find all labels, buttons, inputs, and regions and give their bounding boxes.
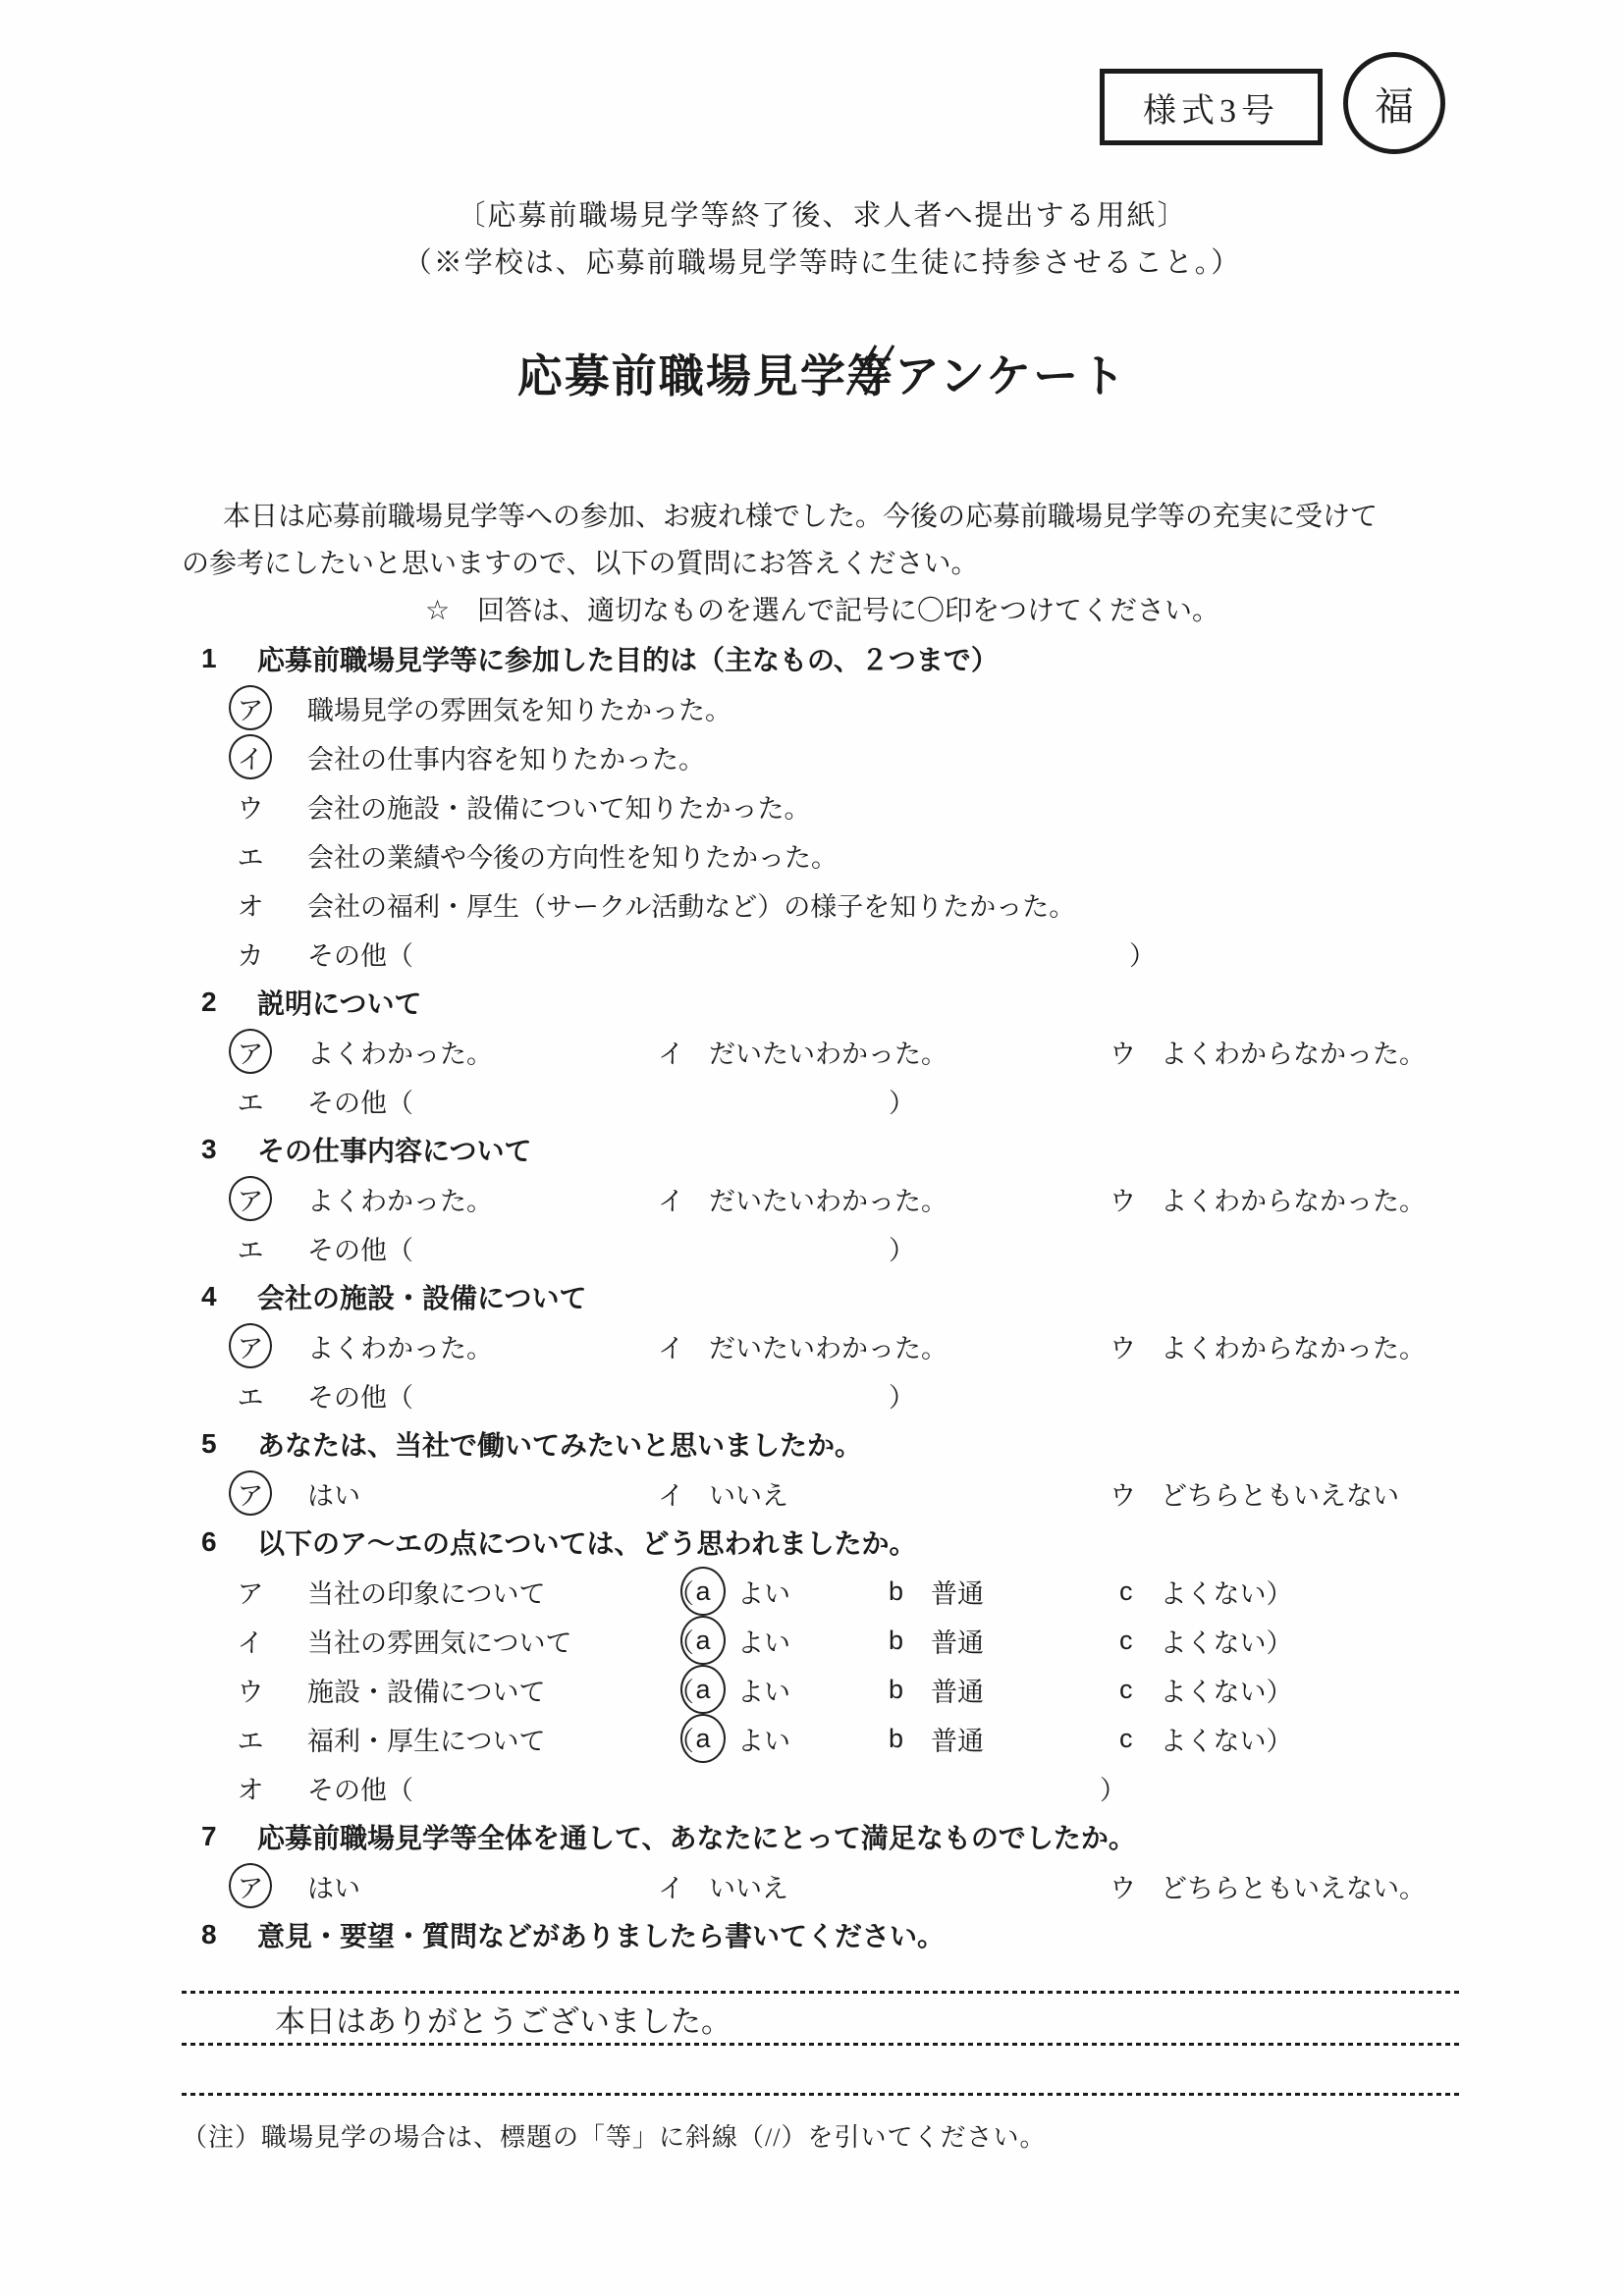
option-text: いいえ — [709, 1474, 788, 1513]
option-text: よくわからなかった。 — [1161, 1327, 1426, 1365]
option-text: 普通 — [931, 1720, 984, 1758]
option-letter: ウ — [1110, 1867, 1136, 1905]
circle-mark: ア — [229, 1863, 272, 1908]
option-text: その他（ — [307, 1082, 413, 1120]
option-text: よくわかった。 — [307, 1180, 493, 1218]
option-text: よくない） — [1161, 1573, 1293, 1611]
option-text: よくわからなかった。 — [1161, 1033, 1426, 1071]
option-letter: エ — [227, 1720, 274, 1758]
thanks-message-row: 本日はありがとうございました。 — [182, 1994, 1463, 2043]
close-paren: ） — [1129, 929, 1156, 978]
option-letter: c — [1119, 1576, 1133, 1607]
question-title: 応募前職場見学等全体を通して、あなたにとって満足なものでしたか。 — [257, 1817, 1136, 1856]
form-code-box: 様式3号 — [1100, 69, 1323, 145]
close-paren: ） — [889, 1370, 915, 1419]
question-title: 会社の施設・設備について — [257, 1277, 586, 1316]
close-paren: ） — [1100, 1763, 1126, 1812]
question-title: 応募前職場見学等に参加した目的は（主なもの、２つまで） — [257, 639, 999, 678]
question-title: 説明について — [257, 983, 421, 1022]
intro-line2: の参考にしたいと思いますので、以下の質問にお答えください。 — [182, 540, 1463, 587]
q6-row-impression: ア 当社の印象について （aよい b普通 cよくない） — [182, 1567, 1463, 1616]
topic-text: 当社の雰囲気について — [307, 1622, 571, 1660]
option-text: その他（ — [307, 1376, 413, 1415]
option-letter: ア — [227, 1573, 274, 1611]
comment-line — [182, 2093, 1463, 2096]
option-letter: ウ — [1110, 1474, 1136, 1513]
option-letter: ウ — [1110, 1180, 1136, 1218]
title-struck-char: 等 — [847, 344, 894, 408]
question-title: 以下のア～エの点については、どう思われましたか。 — [257, 1522, 916, 1562]
q1-option-other: カ その他（ ） — [182, 929, 1463, 978]
option-text: どちらともいえない — [1161, 1474, 1399, 1513]
option-text: はい — [307, 1867, 360, 1905]
option-text: よい — [737, 1573, 790, 1611]
header-note-line2: （※学校は、応募前職場見学等時に生徒に持参させること。） — [182, 240, 1463, 287]
option-letter: イ — [658, 1474, 684, 1513]
close-paren: ） — [889, 1223, 915, 1272]
option-letter: b — [889, 1576, 903, 1607]
circle-mark: ア — [229, 1176, 272, 1221]
circle-mark: ア — [229, 1470, 272, 1516]
option-letter: b — [889, 1675, 903, 1705]
option-letter: ウ — [227, 1671, 274, 1709]
q2-options-row: アよくわかった。 イだいたいわかった。 ウよくわからなかった。 — [182, 1027, 1463, 1076]
header-note-line1: 〔応募前職場見学等終了後、求人者へ提出する用紙〕 — [182, 192, 1463, 240]
question-title: あなたは、当社で働いてみたいと思いましたか。 — [257, 1424, 862, 1464]
fuku-stamp: 福 — [1343, 52, 1445, 154]
form-code-label: 様式3号 — [1143, 83, 1279, 132]
option-text: よくわかった。 — [307, 1327, 493, 1365]
option-text: 普通 — [931, 1573, 984, 1611]
q6-row-facilities: ウ 施設・設備について （aよい b普通 cよくない） — [182, 1665, 1463, 1714]
option-text: どちらともいえない。 — [1161, 1867, 1426, 1905]
option-letter: b — [889, 1626, 903, 1656]
option-letter: c — [1119, 1675, 1133, 1705]
question-number: 3 — [201, 1134, 257, 1165]
option-letter: イ — [658, 1327, 684, 1365]
option-letter: b — [889, 1724, 903, 1754]
question-number: 1 — [201, 643, 257, 674]
q4-option-other: エ その他（ ） — [182, 1370, 1463, 1419]
circle-mark: a — [680, 1616, 726, 1665]
option-text: よくない） — [1161, 1671, 1293, 1709]
option-letter: イ — [227, 1622, 274, 1660]
question-1: 1応募前職場見学等に参加した目的は（主なもの、２つまで） ア 職場見学の雰囲気を… — [182, 634, 1463, 978]
option-text: その他（ — [307, 1769, 413, 1807]
close-paren: ） — [889, 1076, 915, 1125]
circle-mark: イ — [229, 734, 272, 779]
q7-options-row: アはい イいいえ ウどちらともいえない。 — [182, 1861, 1463, 1910]
questionnaire-page: 様式3号 福 〔応募前職場見学等終了後、求人者へ提出する用紙〕 （※学校は、応募… — [0, 0, 1624, 2296]
question-number: 7 — [201, 1821, 257, 1852]
option-letter: ウ — [1110, 1327, 1136, 1365]
option-text: よい — [737, 1622, 790, 1660]
q1-option-o: オ 会社の福利・厚生（サークル活動など）の様子を知りたかった。 — [182, 880, 1463, 929]
circle-mark: ア — [229, 1323, 272, 1368]
footer-note: （注）職場見学の場合は、標題の「等」に斜線（//）を引いてください。 — [182, 2117, 1463, 2154]
circle-mark: a — [680, 1665, 726, 1714]
q4-options-row: アよくわかった。 イだいたいわかった。 ウよくわからなかった。 — [182, 1321, 1463, 1370]
option-text: 会社の福利・厚生（サークル活動など）の様子を知りたかった。 — [307, 885, 1075, 924]
comment-blank-space — [182, 2046, 1463, 2093]
option-text: よくわからなかった。 — [1161, 1180, 1426, 1218]
question-7: 7応募前職場見学等全体を通して、あなたにとって満足なものでしたか。 アはい イい… — [182, 1812, 1463, 1910]
option-letter: ウ — [1110, 1033, 1136, 1071]
option-text: 普通 — [931, 1622, 984, 1660]
q6-row-welfare: エ 福利・厚生について （aよい b普通 cよくない） — [182, 1714, 1463, 1763]
option-letter: エ — [227, 1082, 274, 1120]
option-text: 普通 — [931, 1671, 984, 1709]
circle-mark: ア — [229, 685, 272, 730]
question-3: 3その仕事内容について アよくわかった。 イだいたいわかった。 ウよくわからなか… — [182, 1125, 1463, 1272]
q2-option-other: エ その他（ ） — [182, 1076, 1463, 1125]
q6-row-atmosphere: イ 当社の雰囲気について （aよい b普通 cよくない） — [182, 1616, 1463, 1665]
topic-text: 施設・設備について — [307, 1671, 545, 1709]
thanks-message: 本日はありがとうございました。 — [275, 1997, 731, 2041]
option-text: 職場見学の雰囲気を知りたかった。 — [307, 689, 731, 727]
question-number: 5 — [201, 1428, 257, 1460]
topic-text: 福利・厚生について — [307, 1720, 545, 1758]
option-letter: ウ — [227, 787, 274, 826]
intro-paragraph: 本日は応募前職場見学等への参加、お疲れ様でした。今後の応募前職場見学等の充実に受… — [182, 493, 1463, 634]
option-letter: イ — [658, 1867, 684, 1905]
q6-option-other: オ その他（ ） — [182, 1763, 1463, 1812]
page-title: 応募前職場見学等アンケート — [182, 344, 1463, 408]
option-text: よくない） — [1161, 1720, 1293, 1758]
option-letter: c — [1119, 1626, 1133, 1656]
q1-option-i: イ 会社の仕事内容を知りたかった。 — [182, 732, 1463, 781]
q5-options-row: アはい イいいえ ウどちらともいえない — [182, 1468, 1463, 1518]
option-letter: エ — [227, 1376, 274, 1415]
option-text: その他（ — [307, 934, 413, 973]
option-letter: イ — [658, 1033, 684, 1071]
option-text: 会社の業績や今後の方向性を知りたかった。 — [307, 836, 838, 875]
option-text: いいえ — [709, 1867, 788, 1905]
option-text: よい — [737, 1671, 790, 1709]
topic-text: 当社の印象について — [307, 1573, 545, 1611]
q3-options-row: アよくわかった。 イだいたいわかった。 ウよくわからなかった。 — [182, 1174, 1463, 1223]
option-letter: オ — [227, 885, 274, 924]
option-letter: イ — [658, 1180, 684, 1218]
circle-mark: ア — [229, 1029, 272, 1074]
q3-option-other: エ その他（ ） — [182, 1223, 1463, 1272]
fuku-stamp-label: 福 — [1375, 76, 1414, 132]
option-letter: エ — [227, 1229, 274, 1267]
option-letter: オ — [227, 1769, 274, 1807]
question-title: その仕事内容について — [257, 1130, 531, 1169]
option-text: よくない） — [1161, 1622, 1293, 1660]
circle-mark: a — [680, 1567, 726, 1616]
option-text: 会社の施設・設備について知りたかった。 — [307, 787, 810, 826]
question-4: 4会社の施設・設備について アよくわかった。 イだいたいわかった。 ウよくわから… — [182, 1272, 1463, 1419]
option-text: その他（ — [307, 1229, 413, 1267]
option-text: だいたいわかった。 — [709, 1327, 947, 1365]
option-text: 会社の仕事内容を知りたかった。 — [307, 738, 705, 776]
intro-line1: 本日は応募前職場見学等への参加、お疲れ様でした。今後の応募前職場見学等の充実に受… — [182, 493, 1463, 540]
option-text: だいたいわかった。 — [709, 1180, 947, 1218]
question-title: 意見・要望・質問などがありましたら書いてください。 — [257, 1915, 945, 1954]
option-text: はい — [307, 1474, 360, 1513]
option-letter: カ — [227, 934, 274, 973]
option-letter: c — [1119, 1724, 1133, 1754]
question-5: 5あなたは、当社で働いてみたいと思いましたか。 アはい イいいえ ウどちらともい… — [182, 1419, 1463, 1518]
question-number: 2 — [201, 987, 257, 1018]
option-text: よい — [737, 1720, 790, 1758]
title-suffix: アンケート — [894, 350, 1127, 401]
intro-instruction: ☆ 回答は、適切なものを選んで記号に〇印をつけてください。 — [182, 587, 1463, 634]
question-8: 8意見・要望・質問などがありましたら書いてください。 — [182, 1910, 1463, 1959]
q1-option-a: ア 職場見学の雰囲気を知りたかった。 — [182, 683, 1463, 732]
option-letter: エ — [227, 836, 274, 875]
question-number: 8 — [201, 1919, 257, 1950]
option-text: よくわかった。 — [307, 1033, 493, 1071]
option-text: だいたいわかった。 — [709, 1033, 947, 1071]
q1-option-e: エ 会社の業績や今後の方向性を知りたかった。 — [182, 830, 1463, 880]
title-prefix: 応募前職場見学 — [517, 350, 847, 401]
circle-mark: a — [680, 1714, 726, 1763]
question-6: 6以下のア～エの点については、どう思われましたか。 ア 当社の印象について （a… — [182, 1518, 1463, 1812]
question-number: 4 — [201, 1281, 257, 1312]
question-2: 2説明について アよくわかった。 イだいたいわかった。 ウよくわからなかった。 … — [182, 978, 1463, 1125]
question-number: 6 — [201, 1526, 257, 1558]
q1-option-u: ウ 会社の施設・設備について知りたかった。 — [182, 781, 1463, 830]
